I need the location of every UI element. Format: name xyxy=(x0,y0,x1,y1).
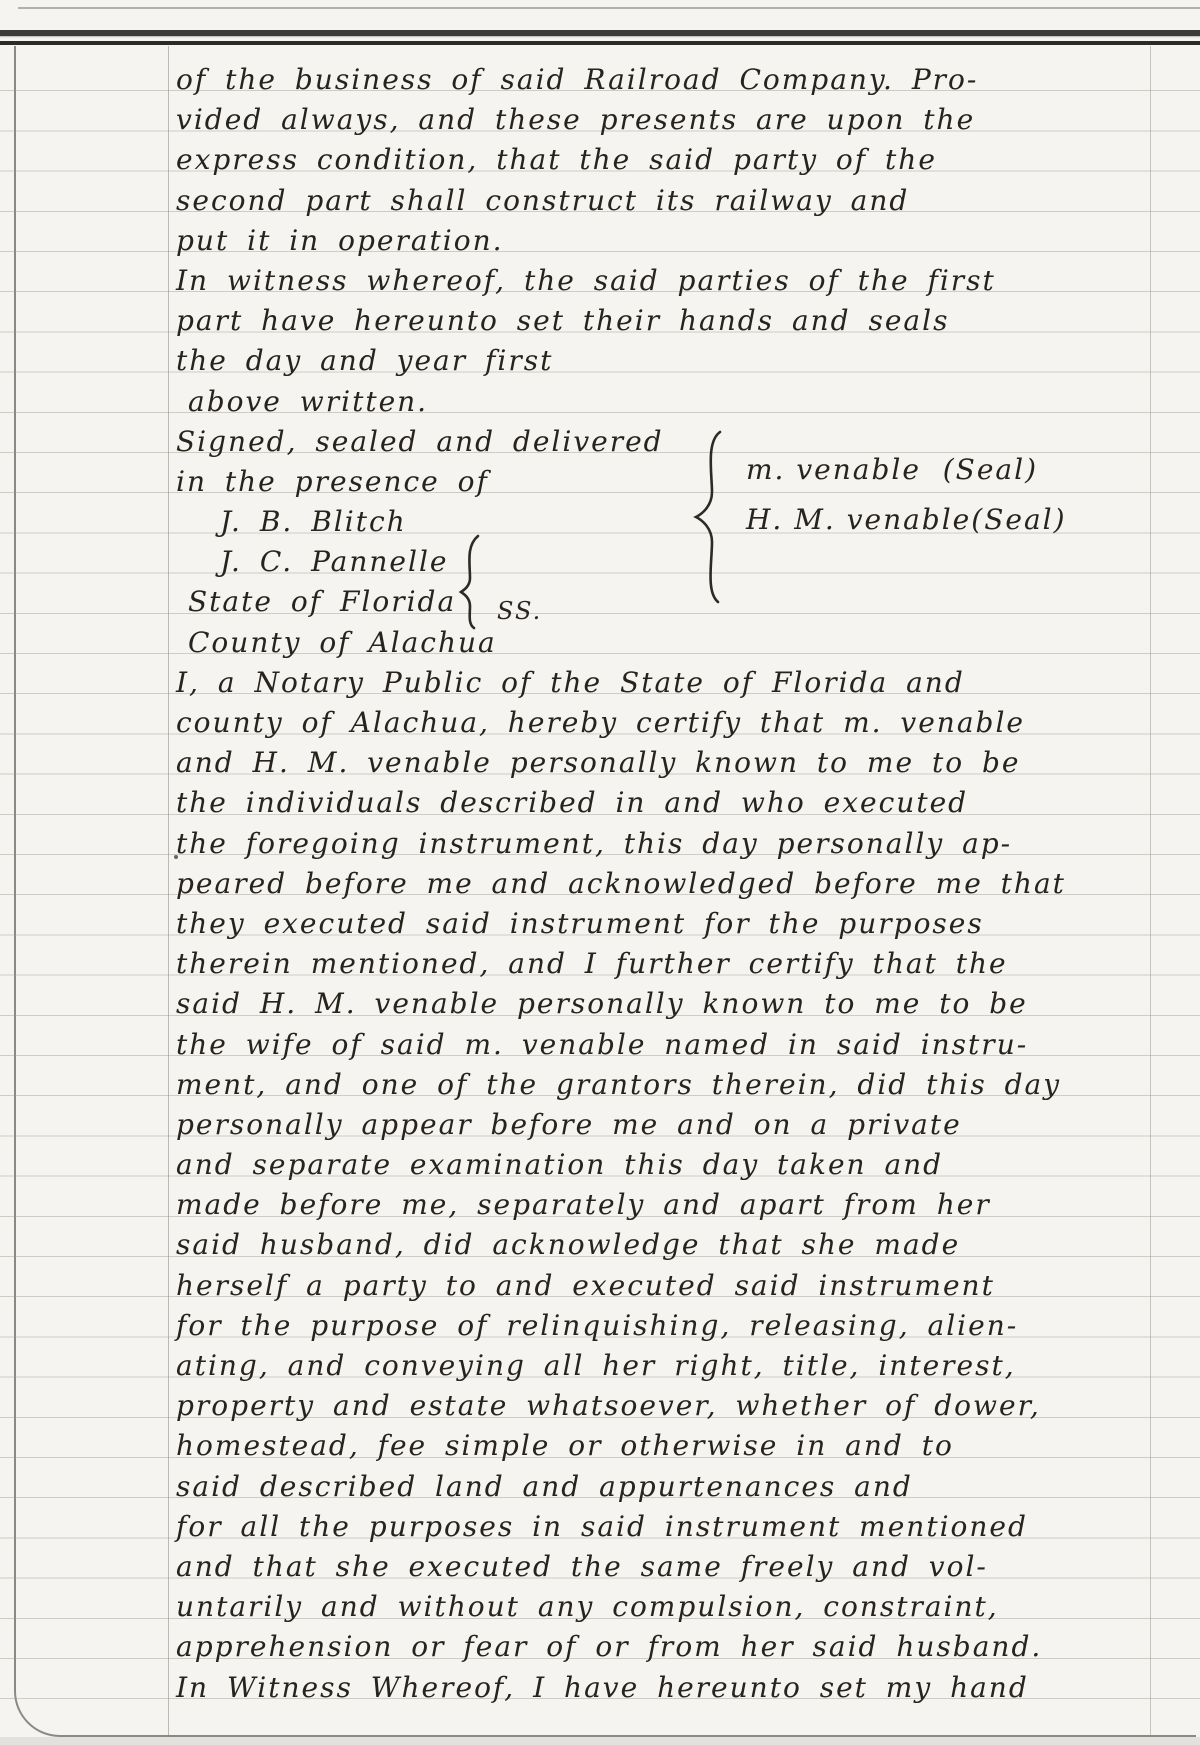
previous-page-edge-line xyxy=(18,7,1200,9)
left-margin-rule xyxy=(168,46,169,1737)
handwritten-line: said husband, did acknowledge that she m… xyxy=(176,1225,1081,1265)
scan-background-strip xyxy=(0,1737,1200,1745)
handwritten-line: herself a party to and executed said ins… xyxy=(176,1266,1081,1306)
seal-label: (Seal) xyxy=(971,495,1066,545)
handwritten-line: and H. M. venable personally known to me… xyxy=(176,743,1081,783)
handwritten-line: for the purpose of relinquishing, releas… xyxy=(176,1306,1081,1346)
handwritten-line: ment, and one of the grantors therein, d… xyxy=(176,1065,1081,1105)
handwritten-line: above written. xyxy=(176,382,1081,422)
venue-county-line: County of Alachua xyxy=(176,623,1081,663)
handwritten-line: personally appear before me and on a pri… xyxy=(176,1105,1081,1145)
grantor-signature: H. M. venable xyxy=(746,495,971,545)
ledger-binding-band-upper xyxy=(0,30,1200,36)
handwritten-line: the individuals described in and who exe… xyxy=(176,783,1081,823)
right-margin-rule xyxy=(1150,46,1151,1737)
signature-line: H. M. venable (Seal) xyxy=(746,495,1038,545)
grantor-signature: m. venable xyxy=(746,445,921,495)
handwritten-line: they executed said instrument for the pu… xyxy=(176,904,1081,944)
handwritten-line: I, a Notary Public of the State of Flori… xyxy=(176,663,1081,703)
scanned-ledger-page: of the business of said Railroad Company… xyxy=(0,0,1200,1745)
ss-label: SS. xyxy=(497,597,542,625)
handwritten-line: apprehension or fear of or from her said… xyxy=(176,1627,1081,1667)
ledger-binding-band-lower xyxy=(0,41,1200,45)
handwritten-line: and separate examination this day taken … xyxy=(176,1145,1081,1185)
handwritten-line: peared before me and acknowledged before… xyxy=(176,864,1081,904)
handwritten-line: and that she executed the same freely an… xyxy=(176,1547,1081,1587)
handwritten-line: part have hereunto set their hands and s… xyxy=(176,301,1081,341)
seal-label: (Seal) xyxy=(943,445,1038,495)
handwritten-line: In witness whereof, the said parties of … xyxy=(176,261,1081,301)
handwritten-line: vided always, and these presents are upo… xyxy=(176,100,1081,140)
handwritten-line: said described land and appurtenances an… xyxy=(176,1467,1081,1507)
grantor-signatures: m. venable (Seal) H. M. venable (Seal) xyxy=(746,445,1038,545)
witness-signature: J. C. Pannelle xyxy=(176,542,1081,582)
handwritten-line: for all the purposes in said instrument … xyxy=(176,1507,1081,1547)
handwritten-line: In Witness Whereof, I have hereunto set … xyxy=(176,1668,1081,1708)
handwritten-line: the day and year first xyxy=(176,341,1081,381)
handwritten-line: homestead, fee simple or otherwise in an… xyxy=(176,1426,1081,1466)
handwritten-text-block: of the business of said Railroad Company… xyxy=(176,60,1081,1708)
venue-state-line: State of Florida xyxy=(176,582,1081,622)
handwritten-line: the foregoing instrument, this day perso… xyxy=(176,824,1081,864)
handwritten-line: the wife of said m. venable named in sai… xyxy=(176,1025,1081,1065)
handwritten-line: ating, and conveying all her right, titl… xyxy=(176,1346,1081,1386)
handwritten-line: therein mentioned, and I further certify… xyxy=(176,944,1081,984)
handwritten-line: county of Alachua, hereby certify that m… xyxy=(176,703,1081,743)
handwritten-line: made before me, separately and apart fro… xyxy=(176,1185,1081,1225)
handwritten-line: of the business of said Railroad Company… xyxy=(176,60,1081,100)
handwritten-line: put it in operation. xyxy=(176,221,1081,261)
signature-line: m. venable (Seal) xyxy=(746,445,1038,495)
handwritten-line: untarily and without any compulsion, con… xyxy=(176,1587,1081,1627)
handwritten-line: express condition, that the said party o… xyxy=(176,140,1081,180)
handwritten-line: property and estate whatsoever, whether … xyxy=(176,1386,1081,1426)
handwritten-line: second part shall construct its railway … xyxy=(176,181,1081,221)
handwritten-line: said H. M. venable personally known to m… xyxy=(176,984,1081,1024)
